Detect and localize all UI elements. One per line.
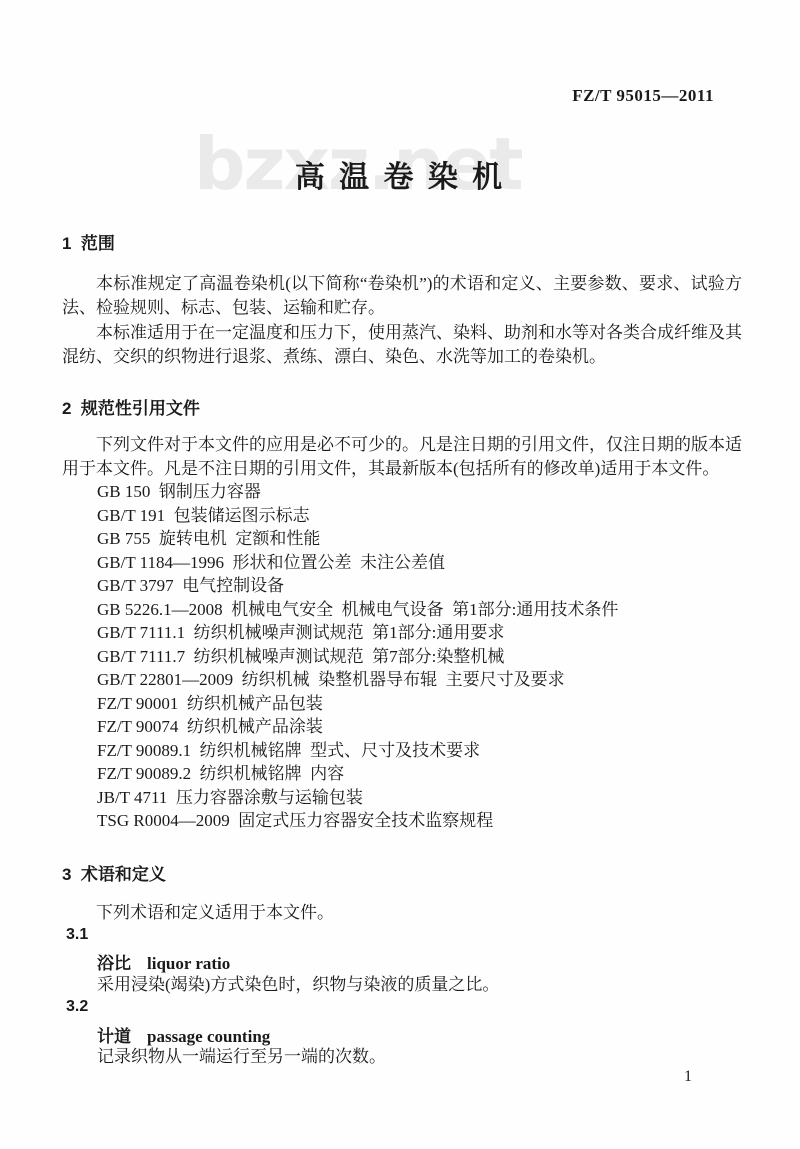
section-2-intro: 下列文件对于本文件的应用是必不可少的。凡是注日期的引用文件，仅注日期的版本适用于… [62, 433, 742, 480]
reference-item: GB/T 1184—1996 形状和位置公差 未注公差值 [62, 551, 742, 575]
reference-item: GB/T 3797 电气控制设备 [62, 574, 742, 598]
reference-item: TSG R0004—2009 固定式压力容器安全技术监察规程 [62, 809, 742, 833]
term-2-title: 计道passage counting [62, 1022, 742, 1047]
section-1-paragraph-2: 本标准适用于在一定温度和压力下，使用蒸汽、染料、助剂和水等对各类合成纤维及其混纺… [62, 321, 742, 368]
section-2-heading: 2 规范性引用文件 [62, 394, 742, 419]
term-2-number: 3.2 [62, 998, 742, 1016]
section-3-intro: 下列术语和定义适用于本文件。 [62, 901, 742, 925]
term-2-name-cn: 计道 [97, 1027, 131, 1046]
term-1-title: 浴比liquor ratio [62, 949, 742, 974]
reference-item: FZ/T 90089.1 纺织机械铭牌 型式、尺寸及技术要求 [62, 739, 742, 763]
reference-item: JB/T 4711 压力容器涂敷与运输包装 [62, 786, 742, 810]
reference-list: GB 150 钢制压力容器 GB/T 191 包装储运图示标志 GB 755 旋… [62, 480, 742, 833]
reference-item: GB/T 7111.1 纺织机械噪声测试规范 第1部分:通用要求 [62, 621, 742, 645]
reference-item: FZ/T 90074 纺织机械产品涂装 [62, 715, 742, 739]
reference-item: GB/T 7111.7 纺织机械噪声测试规范 第7部分:染整机械 [62, 645, 742, 669]
term-1-definition: 采用浸染(竭染)方式染色时，织物与染液的质量之比。 [62, 973, 742, 997]
term-2-definition: 记录织物从一端运行至另一端的次数。 [62, 1045, 742, 1069]
term-2-name-en: passage counting [147, 1027, 270, 1046]
term-1-number: 3.1 [62, 926, 742, 944]
reference-item: GB 5226.1—2008 机械电气安全 机械电气设备 第1部分:通用技术条件 [62, 598, 742, 622]
section-1-paragraph-1: 本标准规定了高温卷染机(以下简称“卷染机”)的术语和定义、主要参数、要求、试验方… [62, 272, 742, 319]
section-3-heading: 3 术语和定义 [62, 860, 742, 885]
term-1-name-en: liquor ratio [147, 954, 230, 973]
page-number: 1 [684, 1068, 692, 1086]
reference-item: FZ/T 90089.2 纺织机械铭牌 内容 [62, 762, 742, 786]
reference-item: GB 150 钢制压力容器 [62, 480, 742, 504]
document-title: 高 温 卷 染 机 [0, 152, 800, 196]
reference-item: GB/T 22801—2009 纺织机械 染整机器导布辊 主要尺寸及要求 [62, 668, 742, 692]
term-1-name-cn: 浴比 [97, 954, 131, 973]
reference-item: GB/T 191 包装储运图示标志 [62, 504, 742, 528]
reference-item: GB 755 旋转电机 定额和性能 [62, 527, 742, 551]
standard-code: FZ/T 95015—2011 [572, 86, 714, 106]
document-page: FZ/T 95015—2011 bzxz.net 高 温 卷 染 机 1 范围 … [0, 0, 800, 1149]
section-1-heading: 1 范围 [62, 229, 742, 254]
reference-item: FZ/T 90001 纺织机械产品包装 [62, 692, 742, 716]
